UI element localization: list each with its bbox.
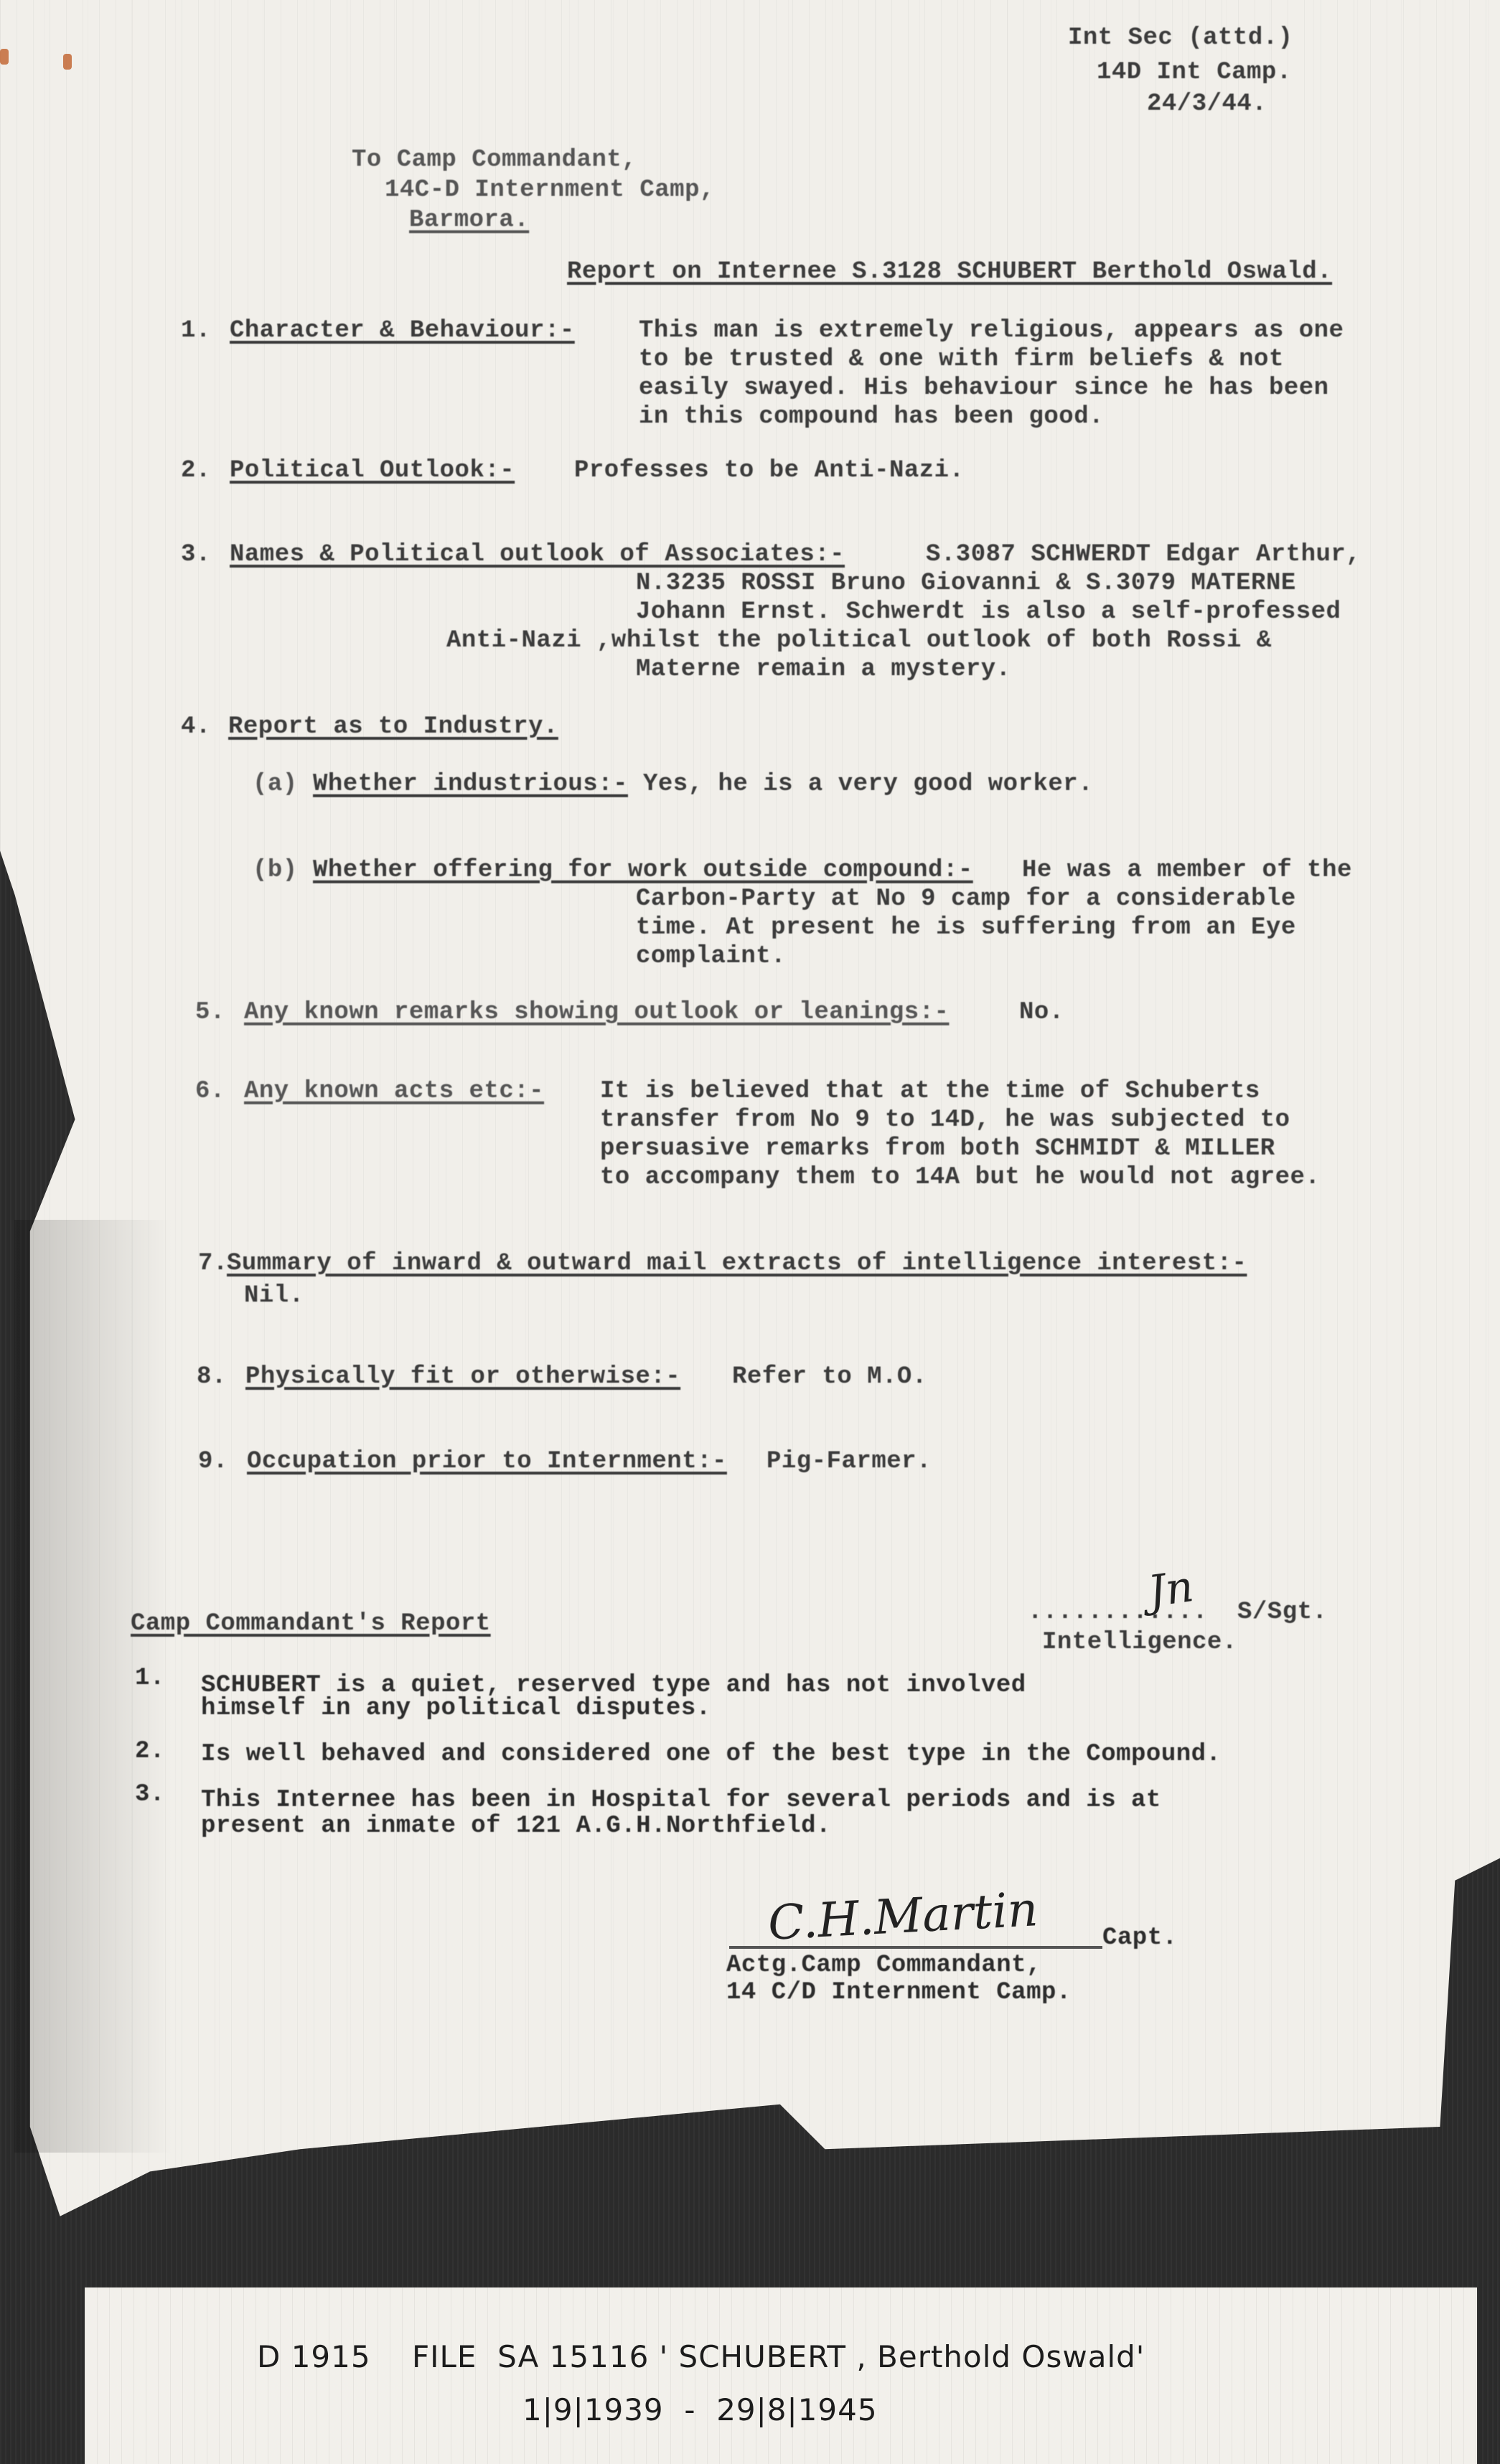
item-3-label: Names & Political outlook of Associates:… bbox=[230, 540, 845, 570]
intelligence-rank: S/Sgt. bbox=[1237, 1597, 1327, 1627]
item-4b-text: complaint. bbox=[636, 941, 786, 972]
commandant-title: Actg.Camp Commandant, bbox=[726, 1950, 1041, 1980]
item-1-number: 1. bbox=[181, 316, 211, 346]
item-6-label: Any known acts etc:- bbox=[244, 1076, 544, 1106]
item-3-text: Anti-Nazi ,whilst the political outlook … bbox=[446, 626, 1272, 656]
item-7-label: Summary of inward & outward mail extract… bbox=[227, 1249, 1247, 1279]
item-2-text: Professes to be Anti-Nazi. bbox=[574, 456, 965, 486]
item-1-text: easily swayed. His behaviour since he ha… bbox=[639, 373, 1329, 403]
item-5-text: No. bbox=[1019, 997, 1064, 1028]
item-6-number: 6. bbox=[195, 1076, 225, 1106]
item-9-number: 9. bbox=[198, 1447, 228, 1477]
item-7-number: 7. bbox=[198, 1249, 228, 1279]
item-4a-letter: (a) bbox=[253, 769, 298, 799]
recipient-line-2: 14C-D Internment Camp, bbox=[385, 175, 715, 205]
archive-date-range: 1|9|1939 - 29|8|1945 bbox=[522, 2392, 878, 2427]
item-8-label: Physically fit or otherwise:- bbox=[245, 1362, 680, 1392]
item-4-label: Report as to Industry. bbox=[228, 712, 558, 742]
item-4a-label: Whether industrious:- bbox=[313, 769, 628, 799]
item-1-text: This man is extremely religious, appears… bbox=[639, 316, 1344, 346]
item-3-text: N.3235 ROSSI Bruno Giovanni & S.3079 MAT… bbox=[636, 568, 1296, 598]
report-subject: Report on Internee S.3128 SCHUBERT Berth… bbox=[567, 257, 1332, 287]
item-6-text: transfer from No 9 to 14D, he was subjec… bbox=[600, 1105, 1290, 1135]
item-6-text: It is believed that at the time of Schub… bbox=[600, 1076, 1260, 1106]
item-9-text: Pig-Farmer. bbox=[767, 1447, 932, 1477]
item-8-number: 8. bbox=[197, 1362, 227, 1392]
item-3-text: S.3087 SCHWERDT Edgar Arthur, bbox=[926, 540, 1361, 570]
recipient-line-3: Barmora. bbox=[409, 205, 529, 235]
item-1-text: to be trusted & one with firm beliefs & … bbox=[639, 344, 1284, 375]
item-4-number: 4. bbox=[181, 712, 211, 742]
intelligence-unit: Intelligence. bbox=[1042, 1627, 1237, 1657]
rust-staple-mark bbox=[63, 54, 72, 70]
item-6-text: to accompany them to 14A but he would no… bbox=[600, 1162, 1320, 1193]
item-4b-label: Whether offering for work outside compou… bbox=[313, 855, 973, 885]
sender-line-2: 14D Int Camp. bbox=[1097, 57, 1292, 88]
item-4b-text: He was a member of the bbox=[1022, 855, 1352, 885]
sender-date: 24/3/44. bbox=[1147, 89, 1267, 119]
item-1-label: Character & Behaviour:- bbox=[230, 316, 575, 346]
item-5-number: 5. bbox=[195, 997, 225, 1028]
recipient-line-1: To Camp Commandant, bbox=[352, 145, 637, 175]
commandant-point-3-text: present an inmate of 121 A.G.H.Northfiel… bbox=[201, 1811, 831, 1841]
intelligence-dots: ............ bbox=[1028, 1597, 1208, 1627]
signature-line bbox=[729, 1946, 1102, 1949]
item-8-text: Refer to M.O. bbox=[732, 1362, 927, 1392]
commandant-point-3-number: 3. bbox=[135, 1779, 165, 1810]
item-6-text: persuasive remarks from both SCHMIDT & M… bbox=[600, 1134, 1275, 1164]
rust-staple-mark bbox=[0, 49, 9, 65]
item-7-text: Nil. bbox=[244, 1281, 304, 1311]
commandant-point-1-text: himself in any political disputes. bbox=[201, 1693, 711, 1724]
item-2-label: Political Outlook:- bbox=[230, 456, 515, 486]
item-9-label: Occupation prior to Internment:- bbox=[247, 1447, 727, 1477]
commandant-point-1-number: 1. bbox=[135, 1663, 165, 1693]
item-5-label: Any known remarks showing outlook or lea… bbox=[244, 997, 949, 1028]
commandant-point-2-text: Is well behaved and considered one of th… bbox=[201, 1739, 1221, 1769]
item-3-text: Materne remain a mystery. bbox=[636, 654, 1011, 685]
commandant-report-title: Camp Commandant's Report bbox=[131, 1609, 491, 1639]
item-4a-text: Yes, he is a very good worker. bbox=[643, 769, 1093, 799]
item-1-text: in this compound has been good. bbox=[639, 402, 1104, 432]
item-3-number: 3. bbox=[181, 540, 211, 570]
commandant-rank: Capt. bbox=[1102, 1923, 1178, 1953]
item-4b-letter: (b) bbox=[253, 855, 298, 885]
commandant-point-2-number: 2. bbox=[135, 1736, 165, 1767]
archive-file-reference: D 1915 FILE SA 15116 ' SCHUBERT , Bertho… bbox=[257, 2339, 1145, 2374]
item-4b-text: Carbon-Party at No 9 camp for a consider… bbox=[636, 884, 1296, 914]
item-3-text: Johann Ernst. Schwerdt is also a self-pr… bbox=[636, 597, 1341, 627]
sender-line-1: Int Sec (attd.) bbox=[1068, 23, 1293, 53]
commandant-unit: 14 C/D Internment Camp. bbox=[726, 1978, 1072, 2008]
item-4b-text: time. At present he is suffering from an… bbox=[636, 913, 1296, 943]
item-2-number: 2. bbox=[181, 456, 211, 486]
archive-label-card: D 1915 FILE SA 15116 ' SCHUBERT , Bertho… bbox=[85, 2287, 1477, 2464]
